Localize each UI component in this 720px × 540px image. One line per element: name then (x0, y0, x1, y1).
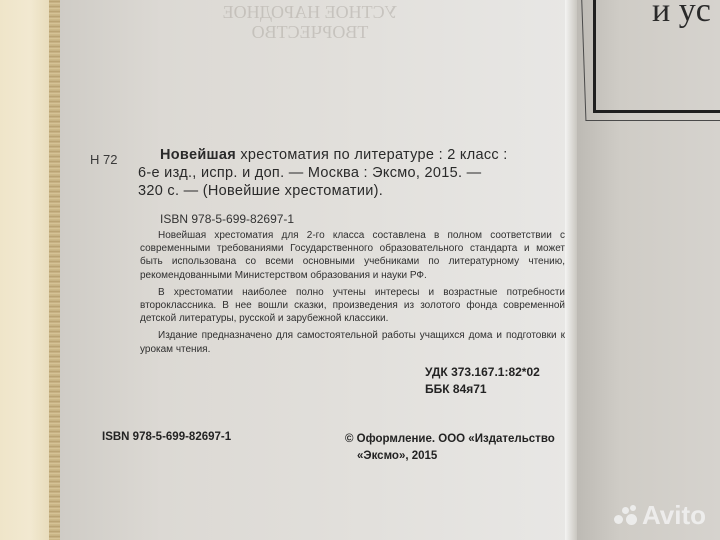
biblio-line: хрестоматия по литературе : 2 класс : (236, 147, 508, 163)
annotation-paragraph: Издание предназначено для самостоятельно… (140, 329, 565, 355)
page-block-edge (0, 0, 50, 540)
isbn-record: ISBN 978-5-699-82697-1 (160, 212, 294, 226)
right-page-heading: и ус (652, 0, 711, 30)
gutter (565, 0, 577, 540)
bibliographic-record: Новейшая хрестоматия по литературе : 2 к… (138, 146, 508, 200)
biblio-line: 6-е изд., испр. и доп. — Москва : Эксмо,… (138, 164, 508, 182)
watermark-text: Avito (642, 500, 706, 531)
cutter-code: Н 72 (90, 152, 117, 167)
udk-code: УДК 373.167.1:82*02 (425, 364, 540, 381)
copyright-notice: © Оформление. ООО «Издательство «Эксмо»,… (345, 431, 555, 465)
avito-dots-icon (614, 505, 638, 527)
annotation-paragraph: В хрестоматии наиболее полно учтены инте… (140, 286, 565, 326)
show-through-line: УСТНОЕ НАРОДНОЕ (200, 2, 420, 22)
binding-thread (49, 0, 60, 540)
bbk-code: ББК 84я71 (425, 381, 540, 398)
copyright-line: © Оформление. ООО «Издательство (345, 431, 555, 448)
book-title: Новейшая (160, 147, 236, 163)
annotation: Новейшая хрестоматия для 2-го класса сос… (140, 229, 565, 356)
show-through-line: ТВОРЧЕСТВО (200, 22, 420, 42)
biblio-line: 320 с. — (Новейшие хрестоматии). (138, 182, 508, 200)
copyright-line: «Эксмо», 2015 (345, 448, 555, 465)
isbn-bottom: ISBN 978-5-699-82697-1 (102, 431, 231, 443)
annotation-paragraph: Новейшая хрестоматия для 2-го класса сос… (140, 229, 565, 282)
avito-watermark: Avito (614, 500, 706, 531)
classification-codes: УДК 373.167.1:82*02 ББК 84я71 (425, 364, 540, 398)
show-through-text: УСТНОЕ НАРОДНОЕ ТВОРЧЕСТВО (200, 2, 420, 62)
